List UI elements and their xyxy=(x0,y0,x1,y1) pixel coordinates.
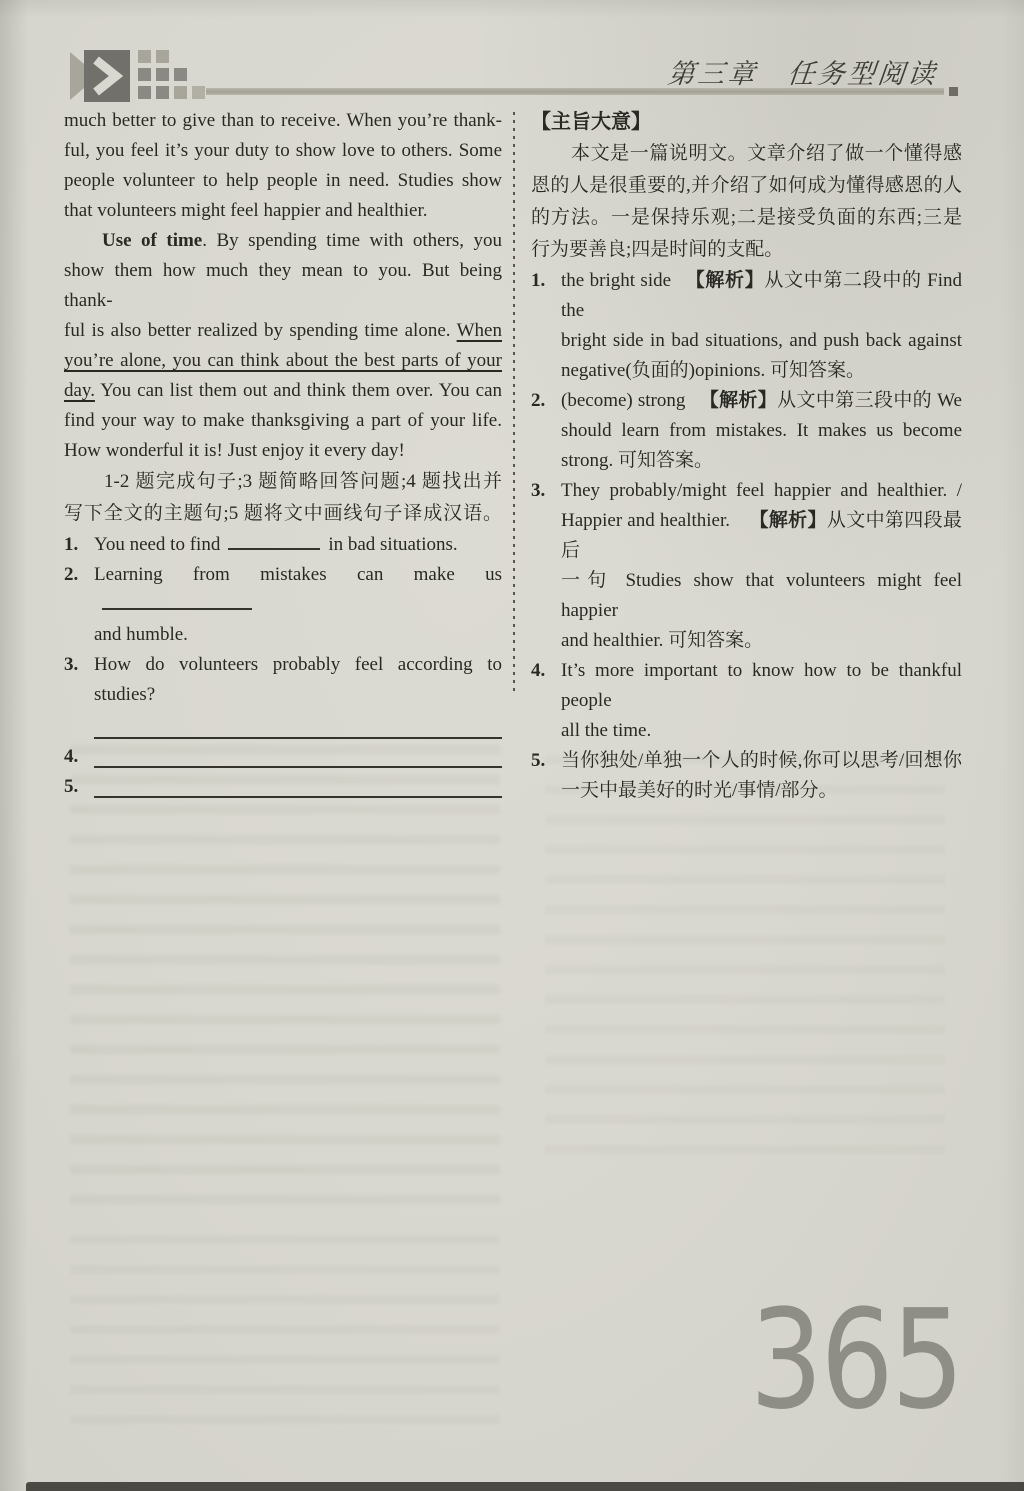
question-number: 2. xyxy=(64,560,94,620)
answer-item-continuation: all the time. xyxy=(531,716,962,746)
answer-text: the bright side【解析】从文中第二段中的 Find the xyxy=(561,266,962,326)
answer-item-continuation: bright side in bad situations, and push … xyxy=(531,326,962,356)
analysis-label: 【解析】 xyxy=(685,270,764,291)
answer-item-continuation: should learn from mistakes. It makes us … xyxy=(531,416,962,446)
header-rule xyxy=(206,88,944,95)
answer-number-spacer xyxy=(531,566,561,626)
answer-value: Happier and healthier. xyxy=(561,510,735,531)
answer-item-continuation: negative(负面的)opinions. 可知答案。 xyxy=(531,356,962,386)
question-number: 4. xyxy=(64,742,94,772)
passage-line: you’re alone, you can think about the be… xyxy=(64,346,502,376)
answer-item-continuation: 一天中最美好的时光/事情/部分。 xyxy=(531,776,962,806)
question-text-pre: Learning from mistakes can make us xyxy=(94,564,502,585)
question-item: 1. You need to findin bad situations. xyxy=(64,530,502,560)
instructions-line: 写下全文的主题句;5 题将文中画线句子译成汉语。 xyxy=(64,498,502,530)
passage-line: much better to give than to receive. Whe… xyxy=(64,106,502,136)
answer-blank xyxy=(94,742,502,768)
answer-blank xyxy=(94,772,502,798)
answer-item: 4. It’s more important to know how to be… xyxy=(531,656,962,716)
answer-text: (become) strong【解析】从文中第三段中的 We xyxy=(561,386,962,416)
answer-item: 2. (become) strong【解析】从文中第三段中的 We xyxy=(531,386,962,416)
passage-line: find your way to make thanksgiving a par… xyxy=(64,406,502,436)
bleed-texture xyxy=(70,745,500,1215)
analysis-text: bright side in bad situations, and push … xyxy=(561,326,962,356)
summary-line: 恩的人是很重要的,并介绍了如何成为懂得感恩的人 xyxy=(531,170,962,202)
answer-number-spacer xyxy=(531,506,561,566)
passage-line: ful is also better realized by spending … xyxy=(64,316,502,346)
answer-text: They probably/might feel happier and hea… xyxy=(561,476,962,506)
answer-number-spacer xyxy=(531,416,561,446)
question-text-post: in bad situations. xyxy=(328,534,457,555)
question-item: 3. How do volunteers probably feel accor… xyxy=(64,650,502,710)
question-item: 4. xyxy=(64,742,502,772)
answer-text: 当你独处/单独一个人的时候,你可以思考/回想你 xyxy=(561,746,962,776)
passage-line: ful, you feel it’s your duty to show lov… xyxy=(64,136,502,166)
question-number-spacer xyxy=(64,620,94,650)
passage-line: day. You can list them out and think the… xyxy=(64,376,502,406)
answer-number: 5. xyxy=(531,746,561,776)
left-column: much better to give than to receive. Whe… xyxy=(64,106,502,802)
question-item: 2. Learning from mistakes can make us xyxy=(64,560,502,620)
answer-text: 一天中最美好的时光/事情/部分。 xyxy=(561,776,962,806)
answer-item-continuation: strong. 可知答案。 xyxy=(531,446,962,476)
answer-number-spacer xyxy=(531,446,561,476)
analysis-text: negative(负面的)opinions. 可知答案。 xyxy=(561,356,962,386)
question-text xyxy=(94,742,502,772)
textbook-page: 第三章 任务型阅读 much better to give than to re… xyxy=(0,0,1024,1491)
underlined-phrase: day. xyxy=(64,380,95,401)
analysis-label: 【解析】 xyxy=(749,510,827,531)
underlined-phrase: When xyxy=(457,320,502,341)
analysis-text: and healthier. 可知答案。 xyxy=(561,626,962,656)
bleed-texture xyxy=(545,755,945,1175)
answer-number-spacer xyxy=(531,356,561,386)
answer-item-continuation: 一句 Studies show that volunteers might fe… xyxy=(531,566,962,626)
question-text: How do volunteers probably feel accordin… xyxy=(94,650,502,710)
passage-line: show them how much they mean to you. But… xyxy=(64,256,502,316)
publisher-logo-icon xyxy=(68,46,228,106)
passage-line: that volunteers might feel happier and h… xyxy=(64,196,502,226)
answer-number-spacer xyxy=(531,776,561,806)
answer-number: 3. xyxy=(531,476,561,506)
passage-text: ful is also better realized by spending … xyxy=(64,320,457,341)
answer-blank xyxy=(228,534,320,550)
answer-number-spacer xyxy=(531,716,561,746)
bold-phrase: Use of time xyxy=(102,230,202,251)
answer-value: the bright side xyxy=(561,270,671,291)
question-text: Learning from mistakes can make us xyxy=(94,560,502,620)
right-column: 【主旨大意】 本文是一篇说明文。文章介绍了做一个懂得感 恩的人是很重要的,并介绍… xyxy=(531,106,962,806)
answer-number-spacer xyxy=(531,626,561,656)
chapter-title: 第三章 任务型阅读 xyxy=(666,52,940,91)
passage-line: How wonderful it is! Just enjoy it every… xyxy=(64,436,502,466)
question-text-pre: You need to find xyxy=(94,534,220,555)
analysis-text: strong. 可知答案。 xyxy=(561,446,962,476)
answer-item: 3. They probably/might feel happier and … xyxy=(531,476,962,506)
question-text: You need to findin bad situations. xyxy=(94,530,502,560)
answer-number: 4. xyxy=(531,656,561,716)
summary-line: 本文是一篇说明文。文章介绍了做一个懂得感 xyxy=(531,138,962,170)
question-number: 5. xyxy=(64,772,94,802)
page-number: 365 xyxy=(750,1292,948,1429)
bottom-edge-bar xyxy=(26,1482,1024,1491)
question-text: and humble. xyxy=(94,620,502,650)
question-item: 5. xyxy=(64,772,502,802)
analysis-label: 【解析】 xyxy=(699,390,777,411)
passage-text: . By spending time with others, you xyxy=(202,230,502,251)
answer-text: It’s more important to know how to be th… xyxy=(561,656,962,716)
question-number: 3. xyxy=(64,650,94,710)
bleed-texture xyxy=(70,1235,500,1425)
answer-number-spacer xyxy=(531,326,561,356)
answer-item: 1. the bright side【解析】从文中第二段中的 Find the xyxy=(531,266,962,326)
answer-item-continuation: Happier and healthier. 【解析】从文中第四段最后 xyxy=(531,506,962,566)
question-text xyxy=(94,772,502,802)
answer-number: 2. xyxy=(531,386,561,416)
answer-text: Happier and healthier. 【解析】从文中第四段最后 xyxy=(561,506,962,566)
instructions-line: 1-2 题完成句子;3 题简略回答问题;4 题找出并 xyxy=(64,466,502,498)
question-number: 1. xyxy=(64,530,94,560)
passage-line: Use of time. By spending time with other… xyxy=(64,226,502,256)
underlined-phrase: you’re alone, you can think about the be… xyxy=(64,350,502,371)
answer-value: (become) strong xyxy=(561,390,685,411)
blank-line xyxy=(94,710,502,739)
answer-number: 1. xyxy=(531,266,561,326)
analysis-text: 从文中第三段中的 We xyxy=(777,390,962,411)
summary-line: 行为要善良;四是时间的支配。 xyxy=(531,234,962,266)
answer-item-continuation: and healthier. 可知答案。 xyxy=(531,626,962,656)
analysis-text: should learn from mistakes. It makes us … xyxy=(561,416,962,446)
answer-blank xyxy=(102,594,252,610)
summary-line: 的方法。一是保持乐观;二是接受负面的东西;三是 xyxy=(531,202,962,234)
column-divider xyxy=(513,112,515,696)
answer-text: all the time. xyxy=(561,716,962,746)
passage-text: You can list them out and think them ove… xyxy=(95,380,502,401)
analysis-text: 一句 Studies show that volunteers might fe… xyxy=(561,566,962,626)
question-item-continuation: and humble. xyxy=(64,620,502,650)
summary-heading: 【主旨大意】 xyxy=(531,106,962,138)
answer-item: 5. 当你独处/单独一个人的时候,你可以思考/回想你 xyxy=(531,746,962,776)
passage-line: people volunteer to help people in need.… xyxy=(64,166,502,196)
header-rule-end-square xyxy=(949,87,958,96)
